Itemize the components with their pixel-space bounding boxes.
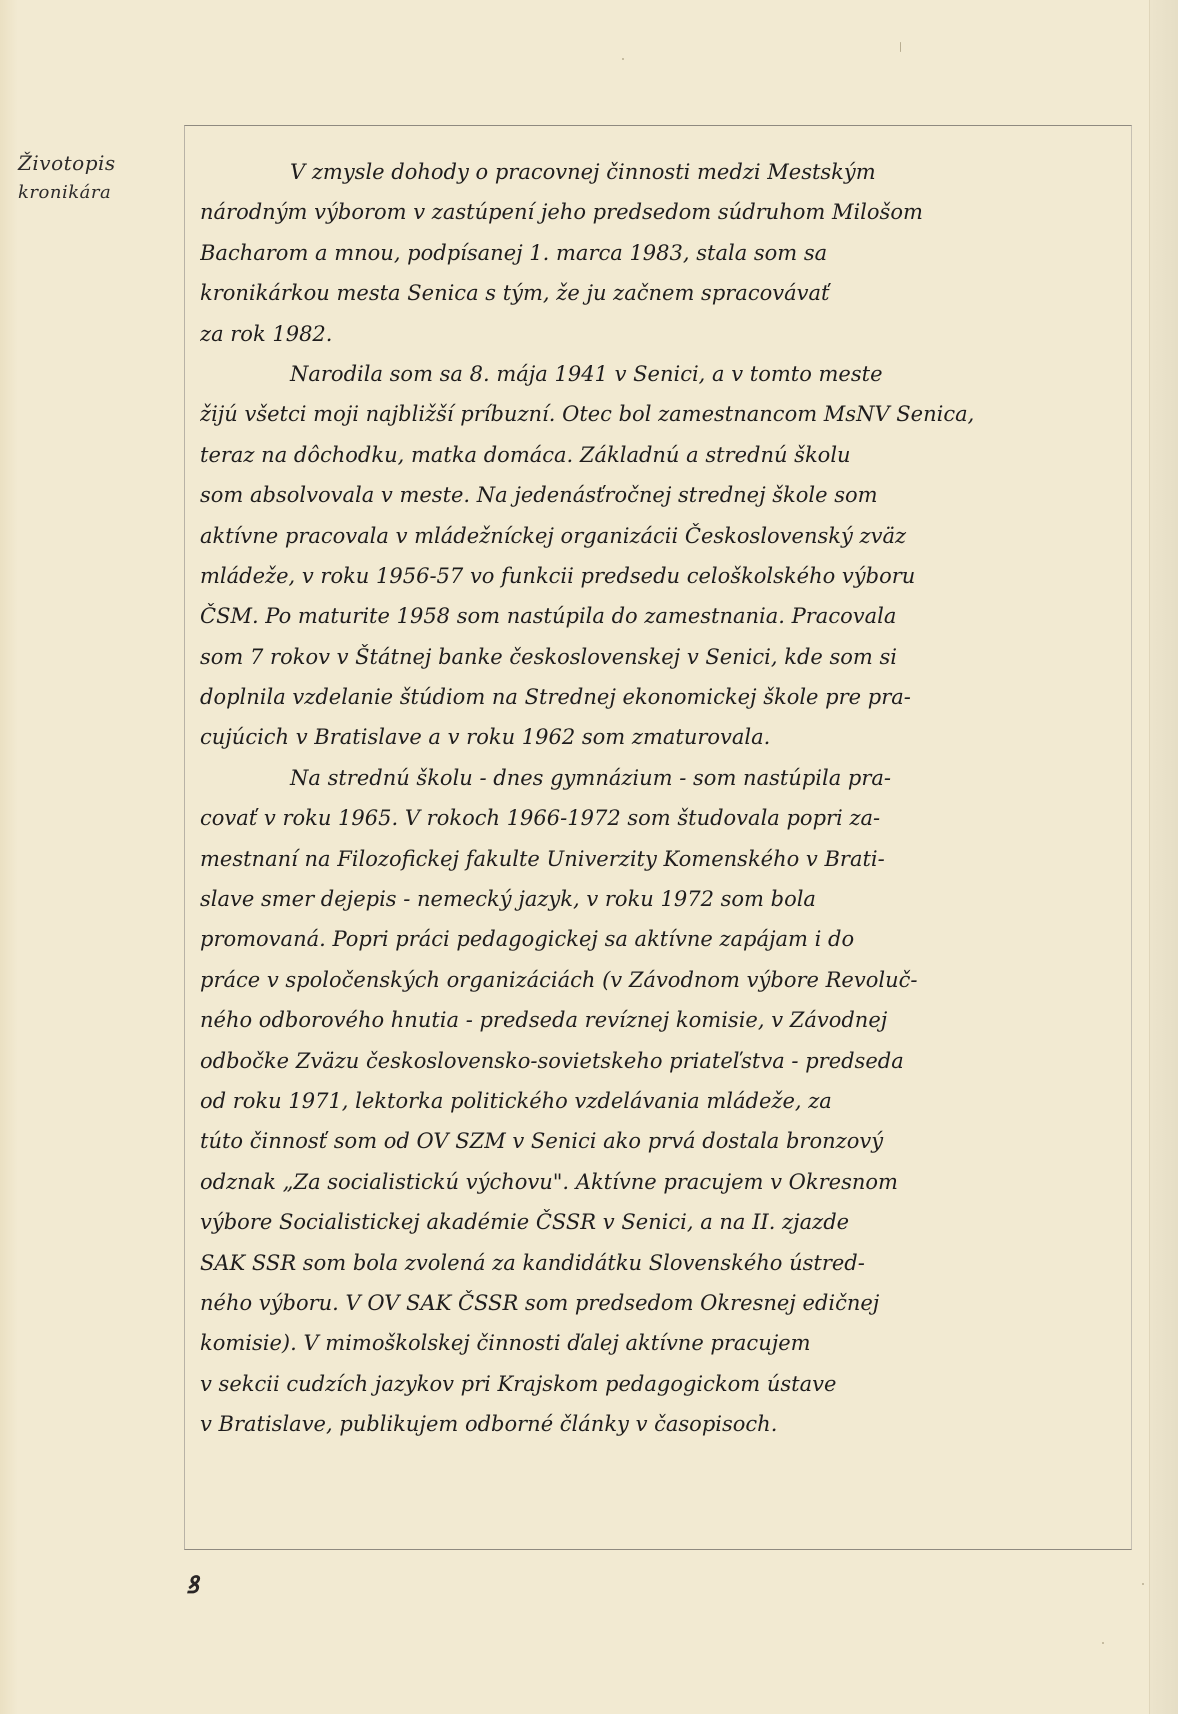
text-line: SAK SSR som bola zvolená za kandidátku S… [200,1243,1120,1283]
text-line: komisie). V mimoškolskej činnosti ďalej … [200,1323,1120,1363]
text-line: ného odborového hnutia - predseda revízn… [200,1000,1120,1040]
paper-speck [1102,1642,1104,1644]
text-line: mestnaní na Filozofickej fakulte Univerz… [200,839,1120,879]
text-line: som 7 rokov v Štátnej banke českoslovens… [200,637,1120,677]
text-line: odbočke Zväzu československo-sovietskeho… [200,1041,1120,1081]
text-line: cujúcich v Bratislave a v roku 1962 som … [200,717,1120,757]
text-line: práce v spoločenských organizáciách (v Z… [200,960,1120,1000]
text-line: za rok 1982. [200,314,1120,354]
text-line: mládeže, v roku 1956-57 vo funkcii preds… [200,556,1120,596]
paper-speck [1142,1583,1144,1585]
page-edge [1149,0,1178,1714]
text-line: od roku 1971, lektorka politického vzdel… [200,1081,1120,1121]
text-line: národným výborom v zastúpení jeho predse… [200,192,1120,232]
text-line: v sekcii cudzích jazykov pri Krajskom pe… [200,1364,1120,1404]
text-line: promovaná. Popri práci pedagogickej sa a… [200,919,1120,959]
handwritten-text-body: V zmysle dohody o pracovnej činnosti med… [200,152,1120,1445]
text-line: ného výboru. V OV SAK ČSSR som predsedom… [200,1283,1120,1323]
text-line: túto činnosť som od OV SZM v Senici ako … [200,1121,1120,1161]
margin-title-line1: Životopis [18,148,168,178]
text-line: Bacharom a mnou, podpísanej 1. marca 198… [200,233,1120,273]
page-stamp-mark: ꝸ [186,1568,226,1602]
text-line: žijú všetci moji najbližší príbuzní. Ote… [200,394,1120,434]
margin-title: Životopis kronikára [18,148,168,208]
text-line: teraz na dôchodku, matka domáca. Základn… [200,435,1120,475]
text-line: slave smer dejepis - nemecký jazyk, v ro… [200,879,1120,919]
paper-speck [900,42,901,52]
text-line: ČSM. Po maturite 1958 som nastúpila do z… [200,596,1120,636]
margin-title-line2: kronikára [18,178,168,208]
text-line: kronikárkou mesta Senica s tým, že ju za… [200,273,1120,313]
text-line: covať v roku 1965. V rokoch 1966-1972 so… [200,798,1120,838]
paper-speck [622,58,624,60]
text-line: som absolvovala v meste. Na jedenásťročn… [200,475,1120,515]
text-line: Narodila som sa 8. mája 1941 v Senici, a… [200,354,1120,394]
text-line: v Bratislave, publikujem odborné články … [200,1404,1120,1444]
text-line: Na strednú školu - dnes gymnázium - som … [200,758,1120,798]
text-line: doplnila vzdelanie štúdiom na Strednej e… [200,677,1120,717]
text-line: V zmysle dohody o pracovnej činnosti med… [200,152,1120,192]
text-line: výbore Socialistickej akadémie ČSSR v Se… [200,1202,1120,1242]
text-line: odznak „Za socialistickú výchovu". Aktív… [200,1162,1120,1202]
text-line: aktívne pracovala v mládežníckej organiz… [200,516,1120,556]
